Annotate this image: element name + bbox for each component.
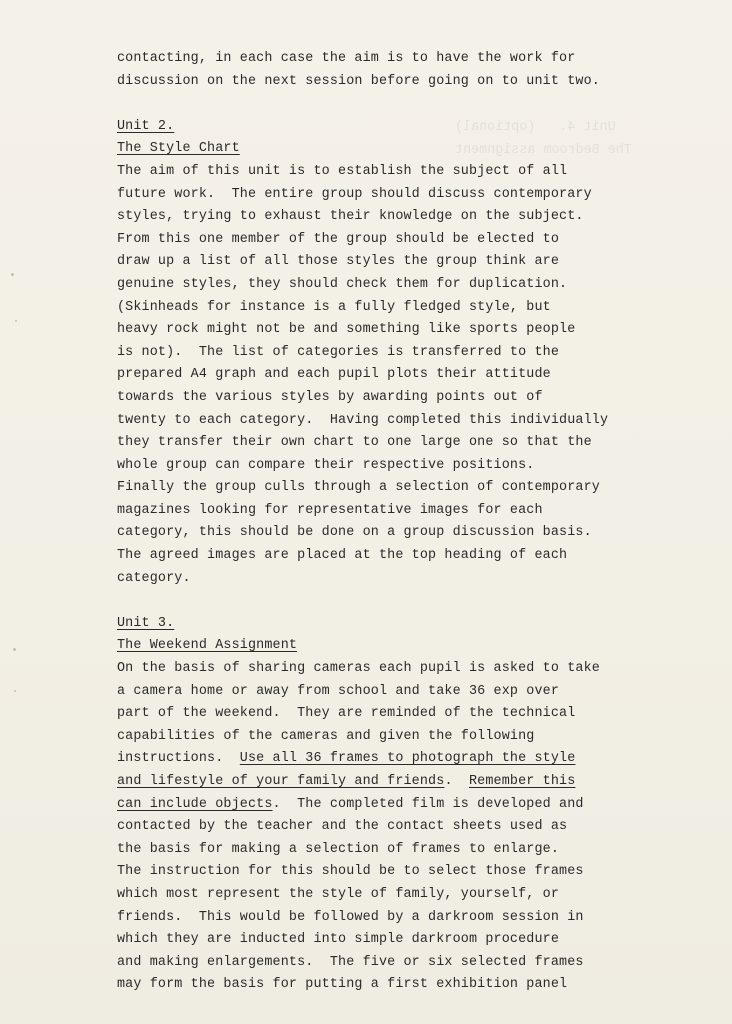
unit2-line: magazines looking for representative ima… [117,500,717,523]
unit2-line: twenty to each category. Having complete… [117,410,717,433]
unit3-line: The instruction for this should be to se… [117,861,717,884]
unit3-title: The Weekend Assignment [117,635,717,658]
unit2-line: The aim of this unit is to establish the… [117,161,717,184]
intro-line: contacting, in each case the aim is to h… [117,48,717,71]
unit2-line: prepared A4 graph and each pupil plots t… [117,364,717,387]
unit3-line: which they are inducted into simple dark… [117,929,717,952]
unit3-line: may form the basis for putting a first e… [117,974,717,997]
spacer [117,590,717,613]
unit3-line: capabilities of the cameras and given th… [117,726,717,749]
document-page: Unit 4. (optional) The Bedroom assignmen… [0,0,732,1024]
unit2-line: From this one member of the group should… [117,229,717,252]
unit2-title-text: The Style Chart [117,141,240,156]
unit2-line: towards the various styles by awarding p… [117,387,717,410]
unit2-line: whole group can compare their respective… [117,455,717,478]
unit2-line: (Skinheads for instance is a fully fledg… [117,297,717,320]
unit2-line: Finally the group culls through a select… [117,477,717,500]
unit3-title-text: The Weekend Assignment [117,638,297,653]
unit3-line: and making enlargements. The five or six… [117,952,717,975]
unit2-line: category, this should be done on a group… [117,522,717,545]
unit3-heading: Unit 3. [117,613,717,636]
instruction-emphasis: and lifestyle of your family and friends [117,774,444,789]
margin-speck [11,273,14,276]
unit2-line: styles, trying to exhaust their knowledg… [117,206,717,229]
unit3-heading-text: Unit 3. [117,616,174,631]
instruction-prefix: instructions. [117,751,240,766]
unit3-instruction-line: can include objects. The completed film … [117,794,717,817]
spacer [117,93,717,116]
unit3-line: part of the weekend. They are reminded o… [117,703,717,726]
instruction-emphasis: Remember this [469,774,575,789]
unit2-line: category. [117,568,717,591]
unit2-title: The Style Chart [117,138,717,161]
unit3-line: the basis for making a selection of fram… [117,839,717,862]
typed-text-body: contacting, in each case the aim is to h… [117,48,717,997]
unit3-line: which most represent the style of family… [117,884,717,907]
unit3-instruction-line: and lifestyle of your family and friends… [117,771,717,794]
unit2-line: heavy rock might not be and something li… [117,319,717,342]
unit2-line: genuine styles, they should check them f… [117,274,717,297]
intro-line: discussion on the next session before go… [117,71,717,94]
margin-speck [13,648,16,651]
instruction-rest: . The completed film is developed and [273,797,584,812]
unit2-heading-text: Unit 2. [117,119,174,134]
unit2-line: they transfer their own chart to one lar… [117,432,717,455]
unit2-heading: Unit 2. [117,116,717,139]
unit2-line: is not). The list of categories is trans… [117,342,717,365]
margin-speck [14,690,16,692]
instruction-emphasis: Use all 36 frames to photograph the styl… [240,751,576,766]
margin-speck [15,320,17,322]
unit2-line: The agreed images are placed at the top … [117,545,717,568]
unit3-line: On the basis of sharing cameras each pup… [117,658,717,681]
unit3-line: contacted by the teacher and the contact… [117,816,717,839]
unit2-line: future work. The entire group should dis… [117,184,717,207]
unit2-line: draw up a list of all those styles the g… [117,251,717,274]
instruction-separator: . [444,774,469,789]
instruction-emphasis: can include objects [117,797,273,812]
unit3-instruction-line: instructions. Use all 36 frames to photo… [117,748,717,771]
unit3-line: friends. This would be followed by a dar… [117,907,717,930]
unit3-line: a camera home or away from school and ta… [117,681,717,704]
